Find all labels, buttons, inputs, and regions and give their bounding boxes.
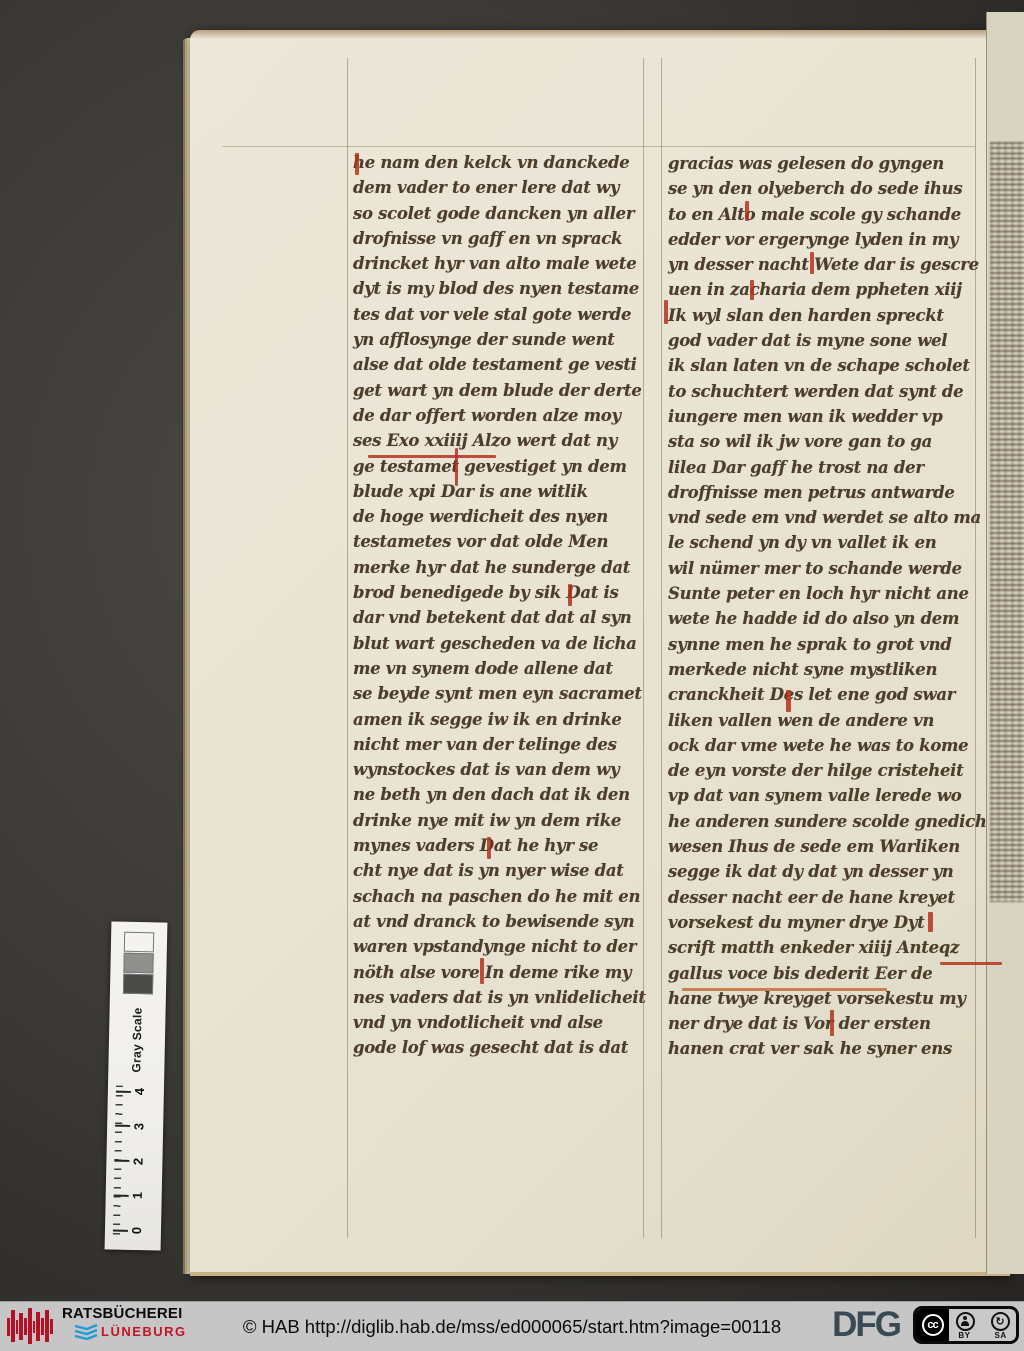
ruler-number: 3 [131, 1123, 146, 1131]
manuscript-text-line: gracias was gelesen do gyngen [668, 151, 976, 176]
manuscript-text-line: yn desser nacht Wete dar is gescre [668, 252, 976, 277]
manuscript-text-line: se beyde synt men eyn sacramet [353, 681, 645, 706]
manuscript-text-line: ner drye dat is Vor der ersten [668, 1011, 976, 1036]
cc-sa-icon: ↻ [991, 1312, 1010, 1331]
major-tick-row: 3 [107, 1118, 163, 1134]
manuscript-text-line: drinke nye mit iw yn dem rike [353, 808, 645, 833]
right-text-column: gracias was gelesen do gyngense yn den o… [668, 151, 976, 1062]
ruler-number: 4 [132, 1088, 147, 1096]
manuscript-text-line: Ik wyl slan den harden spreckt [668, 303, 976, 328]
manuscript-text-line: hane twye kreyget vorsekestu my [668, 986, 976, 1011]
manuscript-text-line: ses Exo xxiiij Alzo wert dat ny [353, 428, 645, 453]
manuscript-text-line: ge testamet gevestiget yn dem [353, 454, 645, 479]
manuscript-text-line: blut wart gescheden va de licha [353, 631, 645, 656]
manuscript-text-line: le schend yn dy vn vallet ik en [668, 530, 976, 555]
manuscript-text-line: vnd sede em vnd werdet se alto ma [668, 505, 976, 530]
manuscript-text-line: at vnd dranck to bewisende syn [353, 909, 645, 934]
manuscript-text-line: ik slan laten vn de schape scholet [668, 353, 976, 378]
manuscript-text-line: testametes vor dat olde Men [353, 529, 645, 554]
waves-icon [74, 1323, 98, 1340]
manuscript-text-line: tes dat vor vele stal gote werde [353, 302, 645, 327]
manuscript-text-line: drofnisse vn gaff en vn sprack [353, 226, 645, 251]
gray-scale-label: Gray Scale [129, 1007, 144, 1072]
organ-pipes-icon [6, 1306, 56, 1346]
manuscript-text-line: de eyn vorste der hilge cristeheit [668, 758, 976, 783]
major-tick-row: 1 [106, 1188, 162, 1204]
manuscript-text-line: liken vallen wen de andere vn [668, 708, 976, 733]
manuscript-text-line: iungere men wan ik wedder vp [668, 404, 976, 429]
manuscript-text-line: hanen crat ver sak he syner ens [668, 1036, 976, 1061]
library-logo: RATSBÜCHEREI LÜNEBURG [6, 1306, 187, 1346]
manuscript-text-line: Sunte peter en loch hyr nicht ane [668, 581, 976, 606]
gray-patch-dark [123, 974, 153, 995]
library-name: RATSBÜCHEREI [62, 1306, 187, 1321]
manuscript-text-line: wynstockes dat is van dem wy [353, 757, 645, 782]
manuscript-text-line: vp dat van synem valle lerede wo [668, 783, 976, 808]
manuscript-text-line: gallus voce bis dederit Eer de [668, 961, 976, 986]
cc-license-badge: cc ↻ BY SA [913, 1306, 1019, 1344]
manuscript-text-line: merke hyr dat he sunderge dat [353, 555, 645, 580]
cc-by-label: BY [958, 1331, 970, 1340]
cc-by-icon [956, 1312, 975, 1331]
manuscript-text-line: he nam den kelck vn danckede [353, 150, 645, 175]
ruling-line-left-col-start [347, 58, 348, 1238]
manuscript-text-line: alse dat olde testament ge vesti [353, 352, 645, 377]
manuscript-text-line: scrift matth enkeder xiiij Anteqz [668, 935, 976, 960]
manuscript-text-line: to schuchtert werden dat synt de [668, 379, 976, 404]
footer-bar: RATSBÜCHEREI LÜNEBURG © HAB http://digli… [0, 1301, 1024, 1351]
gray-patch-mid [123, 953, 153, 974]
manuscript-text-line: wete he hadde id do also yn dem [668, 606, 976, 631]
manuscript-text-line: vnd yn vndotlicheit vnd alse [353, 1010, 645, 1035]
cc-terms-section: ↻ BY SA [949, 1309, 1016, 1341]
manuscript-text-line: nöth alse vore In deme rike my [353, 960, 645, 985]
manuscript-text-line: he anderen sundere scolde gnedich [668, 809, 976, 834]
manuscript-text-line: gode lof was gesecht dat is dat [353, 1035, 645, 1060]
major-tick [116, 1090, 131, 1092]
manuscript-text-line: dyt is my blod des nyen testame [353, 276, 645, 301]
manuscript-text-line: dar vnd betekent dat dat al syn [353, 605, 645, 630]
ruling-line-right-col-start [661, 58, 662, 1238]
manuscript-text-line: so scolet gode dancken yn aller [353, 201, 645, 226]
manuscript-text-line: droffnisse men petrus antwarde [668, 480, 976, 505]
manuscript-text-line: dem vader to ener lere dat wy [353, 175, 645, 200]
manuscript-text-line: segge ik dat dy dat yn desser yn [668, 859, 976, 884]
cc-logo-icon: cc [922, 1314, 944, 1336]
gray-scale-scale: 4 3 2 1 0 [105, 1083, 164, 1238]
major-tick [115, 1125, 130, 1127]
left-text-column: he nam den kelck vn danckededem vader to… [353, 150, 645, 1061]
manuscript-text-line: ock dar vme wete he was to kome [668, 733, 976, 758]
manuscript-text-line: desser nacht eer de hane kreyet [668, 885, 976, 910]
manuscript-text-line: uen in zacharia dem ppheten xiij [668, 277, 976, 302]
manuscript-text-line: to en Alto male scole gy schande [668, 202, 976, 227]
manuscript-text-line: se yn den olyeberch do sede ihus [668, 176, 976, 201]
manuscript-text-line: cht nye dat is yn nyer wise dat [353, 858, 645, 883]
major-tick-row: 4 [108, 1083, 164, 1099]
manuscript-text-line: god vader dat is myne sone wel [668, 328, 976, 353]
major-tick-row: 0 [105, 1222, 161, 1238]
ruling-line-top [222, 146, 975, 147]
manuscript-text-line: schach na paschen do he mit en [353, 884, 645, 909]
major-tick [114, 1160, 129, 1162]
major-tick [114, 1194, 129, 1196]
manuscript-text-line: drincket hyr van alto male wete [353, 251, 645, 276]
manuscript-text-line: lilea Dar gaff he trost na der [668, 455, 976, 480]
manuscript-text-line: merkede nicht syne mystliken [668, 657, 976, 682]
manuscript-text-line: wil nümer mer to schande werde [668, 556, 976, 581]
cc-logo-section: cc [916, 1309, 949, 1341]
manuscript-text-line: edder vor ergerynge lyden in my [668, 227, 976, 252]
manuscript-text-line: me vn synem dode allene dat [353, 656, 645, 681]
manuscript-text-line: wesen Ihus de sede em Warliken [668, 834, 976, 859]
manuscript-text-line: mynes vaders Dat he hyr se [353, 833, 645, 858]
copyright-url: © HAB http://diglib.hab.de/mss/ed000065/… [243, 1316, 781, 1338]
manuscript-text-line: synne men he sprak to grot vnd [668, 632, 976, 657]
major-tick [113, 1229, 128, 1231]
manuscript-text-line: blude xpi Dar is ane witlik [353, 479, 645, 504]
facing-page-text-bleed [990, 142, 1024, 902]
manuscript-text-line: waren vpstandynge nicht to der [353, 934, 645, 959]
manuscript-text-line: nicht mer van der telinge des [353, 732, 645, 757]
cc-sa-label: SA [995, 1331, 1007, 1340]
gray-patch-white [124, 932, 154, 953]
manuscript-text-line: ne beth yn den dach dat ik den [353, 782, 645, 807]
manuscript-text-line: amen ik segge iw ik en drinke [353, 707, 645, 732]
manuscript-text-line: de hoge werdicheit des nyen [353, 504, 645, 529]
ruler-number: 0 [129, 1227, 144, 1235]
ruler-number: 2 [130, 1157, 145, 1165]
manuscript-text-line: brod benedigede by sik Dat is [353, 580, 645, 605]
gray-scale-ruler: Gray Scale 4 3 2 1 0 [105, 921, 168, 1250]
library-city: LÜNEBURG [101, 1325, 187, 1338]
gray-scale-patches [123, 932, 154, 996]
manuscript-text-line: vorsekest du myner drye Dyt [668, 910, 976, 935]
major-tick-row: 2 [106, 1153, 162, 1169]
manuscript-text-line: nes vaders dat is yn vnlidelicheit [353, 985, 645, 1010]
manuscript-text-line: yn afflosynge der sunde went [353, 327, 645, 352]
facing-page-edge [986, 12, 1024, 1274]
ruler-number: 1 [130, 1192, 145, 1200]
manuscript-text-line: sta so wil ik jw vore gan to ga [668, 429, 976, 454]
manuscript-text-line: get wart yn dem blude der derte [353, 378, 645, 403]
dfg-logo: DFG [832, 1305, 900, 1345]
manuscript-photo: he nam den kelck vn danckededem vader to… [0, 0, 1024, 1302]
manuscript-text-line: cranckheit Des let ene god swar [668, 682, 976, 707]
manuscript-text-line: de dar offert worden alze moy [353, 403, 645, 428]
